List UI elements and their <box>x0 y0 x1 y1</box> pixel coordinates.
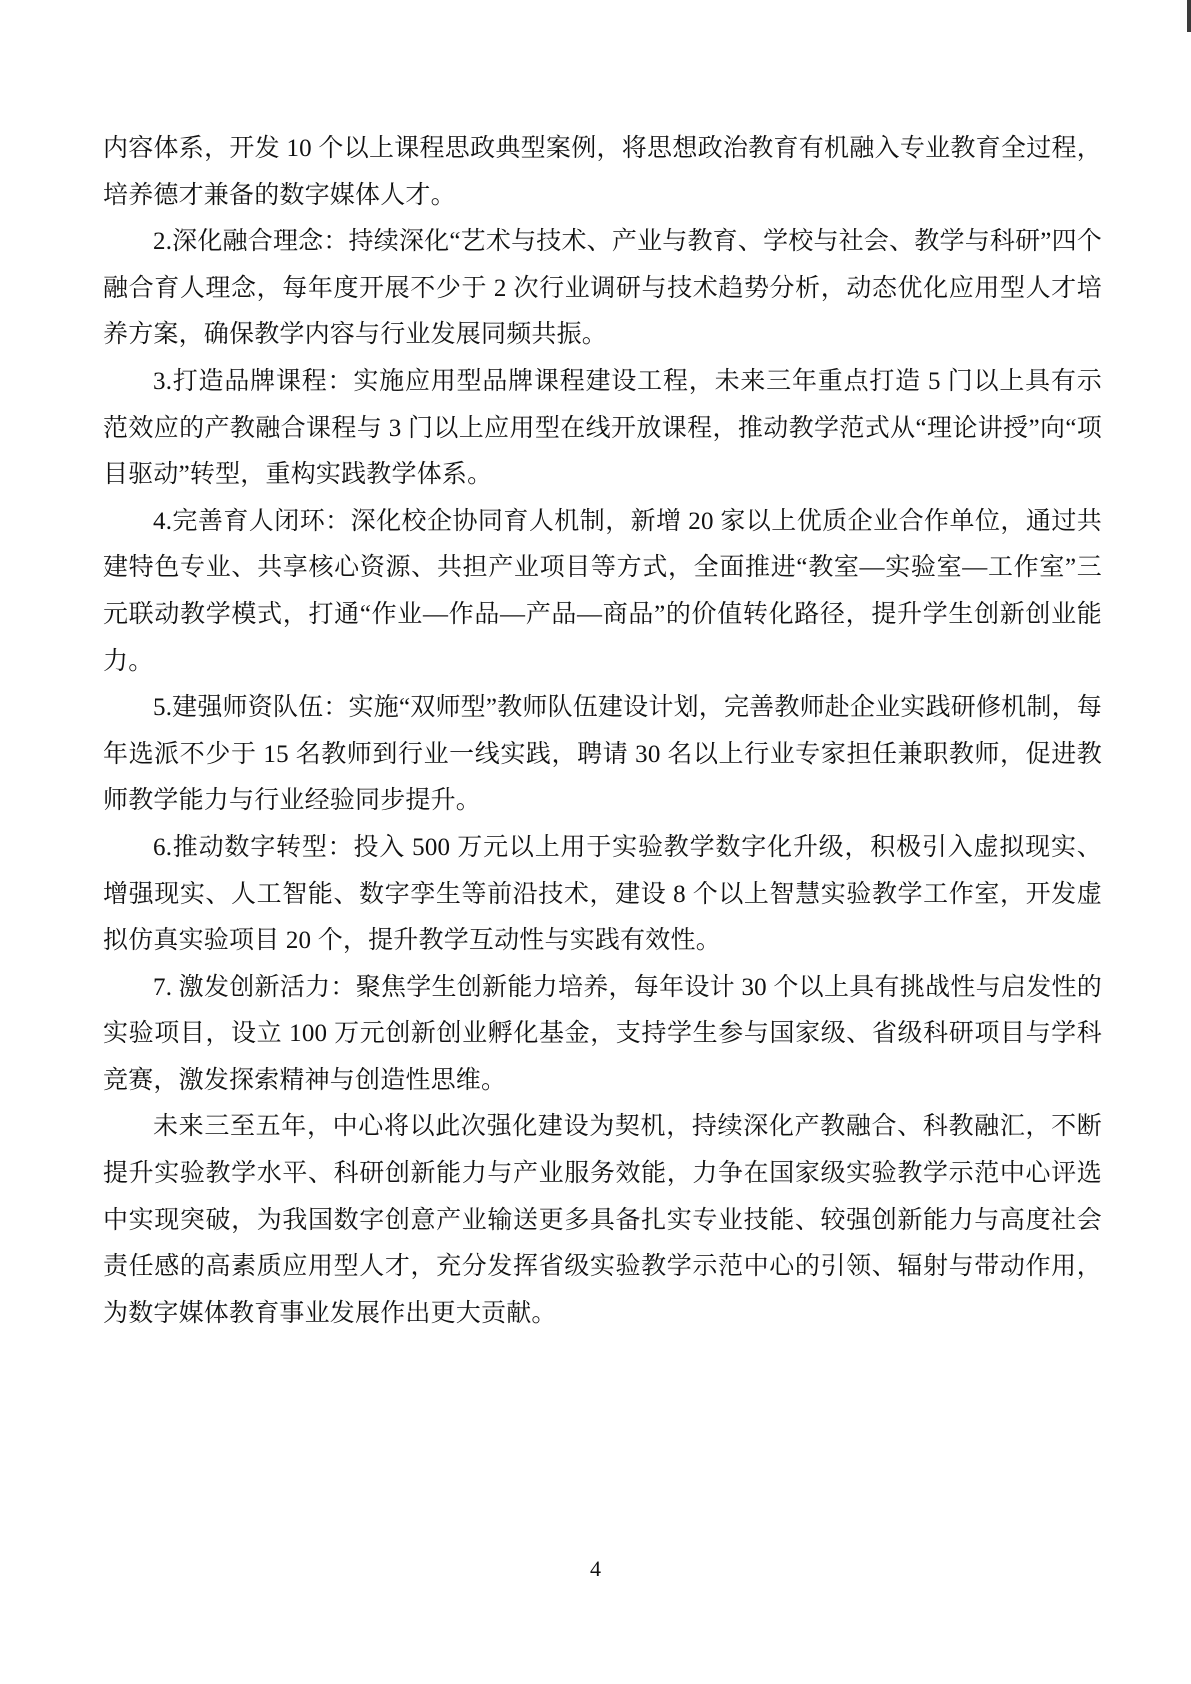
body-paragraph-item-5: 5.建强师资队伍：实施“双师型”教师队伍建设计划，完善教师赴企业实践研修机制，每… <box>103 685 1102 825</box>
scan-edge-artifact <box>1187 0 1191 32</box>
page-number: 4 <box>0 1556 1191 1582</box>
body-paragraph-closing: 未来三至五年，中心将以此次强化建设为契机，持续深化产教融合、科教融汇，不断提升实… <box>103 1104 1102 1337</box>
body-paragraph-item-4: 4.完善育人闭环：深化校企协同育人机制，新增 20 家以上优质企业合作单位，通过… <box>103 499 1102 685</box>
body-paragraph-item-7: 7. 激发创新活力：聚焦学生创新能力培养，每年设计 30 个以上具有挑战性与启发… <box>103 965 1102 1105</box>
body-paragraph-item-2: 2.深化融合理念：持续深化“艺术与技术、产业与教育、学校与社会、教学与科研”四个… <box>103 219 1102 359</box>
document-page: 内容体系，开发 10 个以上课程思政典型案例，将思想政治教育有机融入专业教育全过… <box>0 0 1191 1684</box>
body-paragraph-continuation: 内容体系，开发 10 个以上课程思政典型案例，将思想政治教育有机融入专业教育全过… <box>103 126 1102 219</box>
body-paragraph-item-6: 6.推动数字转型：投入 500 万元以上用于实验教学数字化升级，积极引入虚拟现实… <box>103 825 1102 965</box>
document-body: 内容体系，开发 10 个以上课程思政典型案例，将思想政治教育有机融入专业教育全过… <box>103 126 1102 1337</box>
body-paragraph-item-3: 3.打造品牌课程：实施应用型品牌课程建设工程，未来三年重点打造 5 门以上具有示… <box>103 359 1102 499</box>
